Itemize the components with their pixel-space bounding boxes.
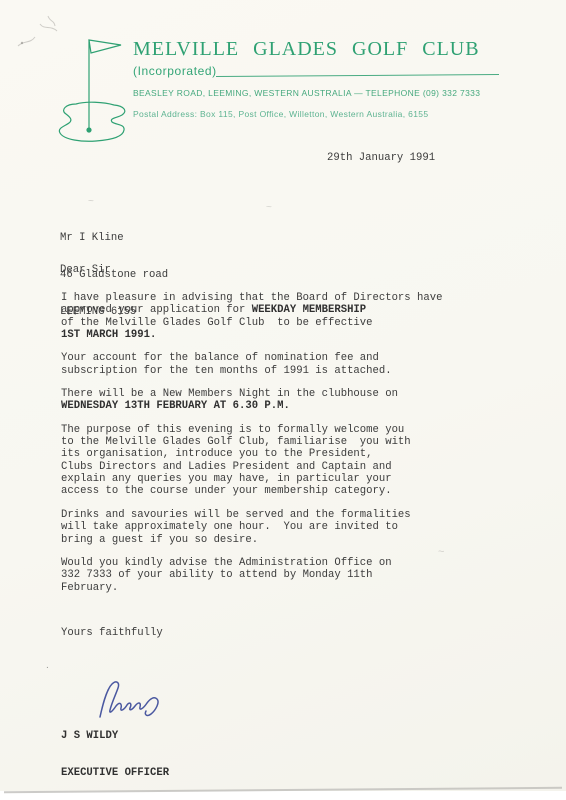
letter-line: will take approximately one hour. You ar… xyxy=(61,521,501,533)
letter-line: 332 7333 of your ability to attend by Mo… xyxy=(61,569,501,581)
letter-paragraph: Your account for the balance of nominati… xyxy=(61,352,501,377)
letter-line: Clubs Directors and Ladies President and… xyxy=(61,461,501,473)
golf-flag-on-green-icon xyxy=(52,28,144,160)
salutation: Dear Sir xyxy=(60,264,111,276)
letter-line: There will be a New Members Night in the… xyxy=(61,388,501,400)
letter-line: to the Melville Glades Golf Club, famili… xyxy=(61,436,501,448)
handwritten-signature-icon xyxy=(95,679,187,719)
letter-closing: Yours faithfully J S WILDY EXECUTIVE OFF… xyxy=(61,602,187,800)
signatory-name: J S WILDY xyxy=(61,730,187,742)
signature xyxy=(57,667,187,706)
recipient-line: Mr I Kline xyxy=(60,232,168,244)
letter-line: Drinks and savouries will be served and … xyxy=(61,509,501,521)
letter-paragraph: Would you kindly advise the Administrati… xyxy=(61,557,501,594)
letter-line: explain any queries you may have, in par… xyxy=(61,473,501,485)
letter-line: access to the course under your membersh… xyxy=(61,485,501,497)
letter-paragraph: There will be a New Members Night in the… xyxy=(61,388,501,413)
letter-line: subscription for the ten months of 1991 … xyxy=(61,365,501,377)
scanned-letter: ~ ~ ~ . MELVILLE GLADES GOLF CLUB (Incor… xyxy=(0,0,566,800)
letter-paragraph: The purpose of this evening is to formal… xyxy=(61,424,501,498)
letter-line: Your account for the balance of nominati… xyxy=(61,352,501,364)
letterhead-address: BEASLEY ROAD, LEEMING, WESTERN AUSTRALIA… xyxy=(133,88,480,98)
club-name: MELVILLE GLADES GOLF CLUB xyxy=(133,38,480,61)
signatory-title: EXECUTIVE OFFICER xyxy=(61,767,187,779)
letter-line: of the Melville Glades Golf Club to be e… xyxy=(61,317,501,329)
letter-line: its organisation, introduce you to the P… xyxy=(61,448,501,460)
incorporated-label: (Incorporated) xyxy=(133,64,217,78)
letter-body: I have pleasure in advising that the Boa… xyxy=(61,292,501,605)
letter-line: Would you kindly advise the Administrati… xyxy=(61,557,501,569)
letter-line: WEDNESDAY 13TH FEBRUARY AT 6.30 P.M. xyxy=(61,400,501,412)
letter-paragraph: I have pleasure in advising that the Boa… xyxy=(61,292,501,341)
letter-line: I have pleasure in advising that the Boa… xyxy=(61,292,501,304)
letter-line: 1ST MARCH 1991. xyxy=(61,329,501,341)
letter-line: February. xyxy=(61,582,501,594)
valediction: Yours faithfully xyxy=(61,627,187,639)
letter-line: bring a guest if you so desire. xyxy=(61,534,501,546)
letter-paragraph: Drinks and savouries will be served and … xyxy=(61,509,501,546)
letter-line: The purpose of this evening is to formal… xyxy=(61,424,501,436)
letterhead-postal-address: Postal Address: Box 115, Post Office, Wi… xyxy=(133,109,428,119)
letter-date: 29th January 1991 xyxy=(327,152,435,164)
letter-line: approved your application for WEEKDAY ME… xyxy=(61,304,501,316)
